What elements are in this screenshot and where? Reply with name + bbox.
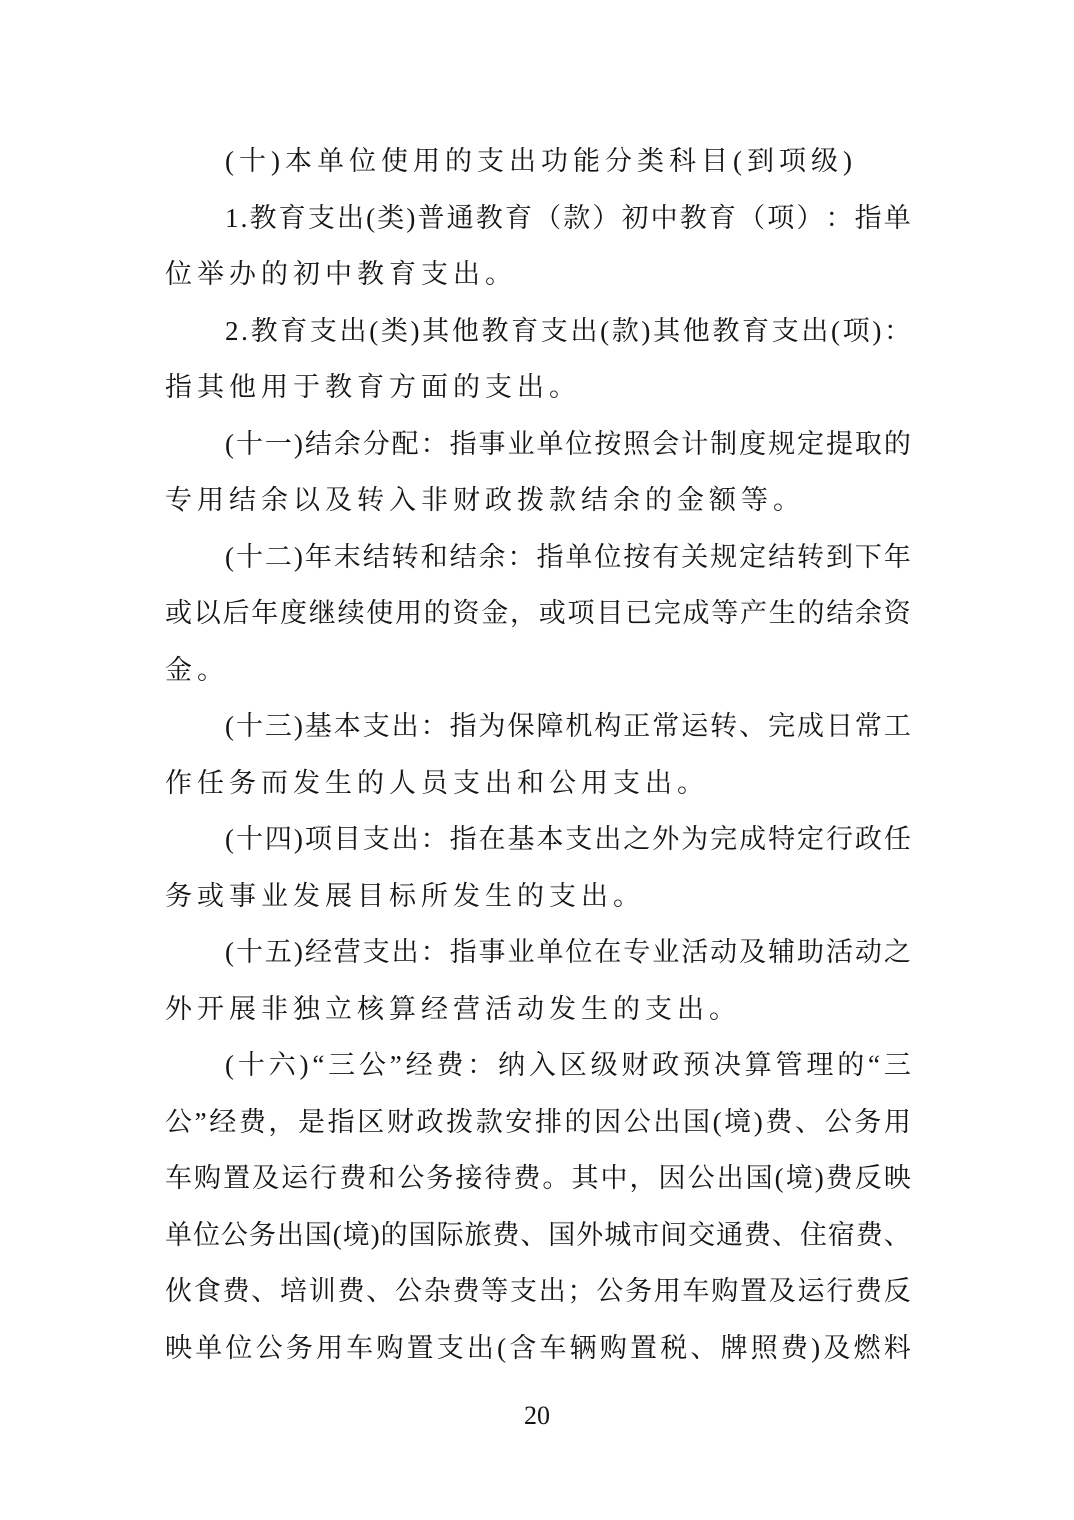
text-line: 单位公务出国(境)的国际旅费、国外城市间交通费、住宿费、 bbox=[165, 1207, 911, 1264]
text-line: 指其他用于教育方面的支出。 bbox=[165, 359, 911, 416]
text-line: 2.教育支出(类)其他教育支出(款)其他教育支出(项)： bbox=[165, 303, 911, 360]
text-line: 位举办的初中教育支出。 bbox=[165, 246, 911, 303]
text-line: 1.教育支出(类)普通教育（款）初中教育（项）：指单 bbox=[165, 190, 911, 247]
text-line: (十四)项目支出：指在基本支出之外为完成特定行政任 bbox=[165, 811, 911, 868]
text-line: 映单位公务用车购置支出(含车辆购置税、牌照费)及燃料 bbox=[165, 1320, 911, 1377]
text-line: (十五)经营支出：指事业单位在专业活动及辅助活动之 bbox=[165, 924, 911, 981]
text-line: 金。 bbox=[165, 642, 911, 699]
text-line: 专用结余以及转入非财政拨款结余的金额等。 bbox=[165, 472, 911, 529]
text-line: 作任务而发生的人员支出和公用支出。 bbox=[165, 755, 911, 812]
text-line: 外开展非独立核算经营活动发生的支出。 bbox=[165, 981, 911, 1038]
text-line: (十六)“三公”经费：纳入区级财政预决算管理的“三 bbox=[165, 1037, 911, 1094]
page-number: 20 bbox=[0, 1400, 1074, 1432]
document-content: (十)本单位使用的支出功能分类科目(到项级)1.教育支出(类)普通教育（款）初中… bbox=[165, 133, 911, 1376]
text-line: 公”经费，是指区财政拨款安排的因公出国(境)费、公务用 bbox=[165, 1094, 911, 1151]
document-page: (十)本单位使用的支出功能分类科目(到项级)1.教育支出(类)普通教育（款）初中… bbox=[0, 0, 1074, 1520]
text-line: 或以后年度继续使用的资金，或项目已完成等产生的结余资 bbox=[165, 585, 911, 642]
text-line: (十二)年末结转和结余：指单位按有关规定结转到下年 bbox=[165, 529, 911, 586]
text-line: (十三)基本支出：指为保障机构正常运转、完成日常工 bbox=[165, 698, 911, 755]
text-line: (十一)结余分配：指事业单位按照会计制度规定提取的 bbox=[165, 416, 911, 473]
text-line: 务或事业发展目标所发生的支出。 bbox=[165, 868, 911, 925]
text-line: (十)本单位使用的支出功能分类科目(到项级) bbox=[165, 133, 911, 190]
text-line: 车购置及运行费和公务接待费。其中，因公出国(境)费反映 bbox=[165, 1150, 911, 1207]
text-line: 伙食费、培训费、公杂费等支出；公务用车购置及运行费反 bbox=[165, 1263, 911, 1320]
